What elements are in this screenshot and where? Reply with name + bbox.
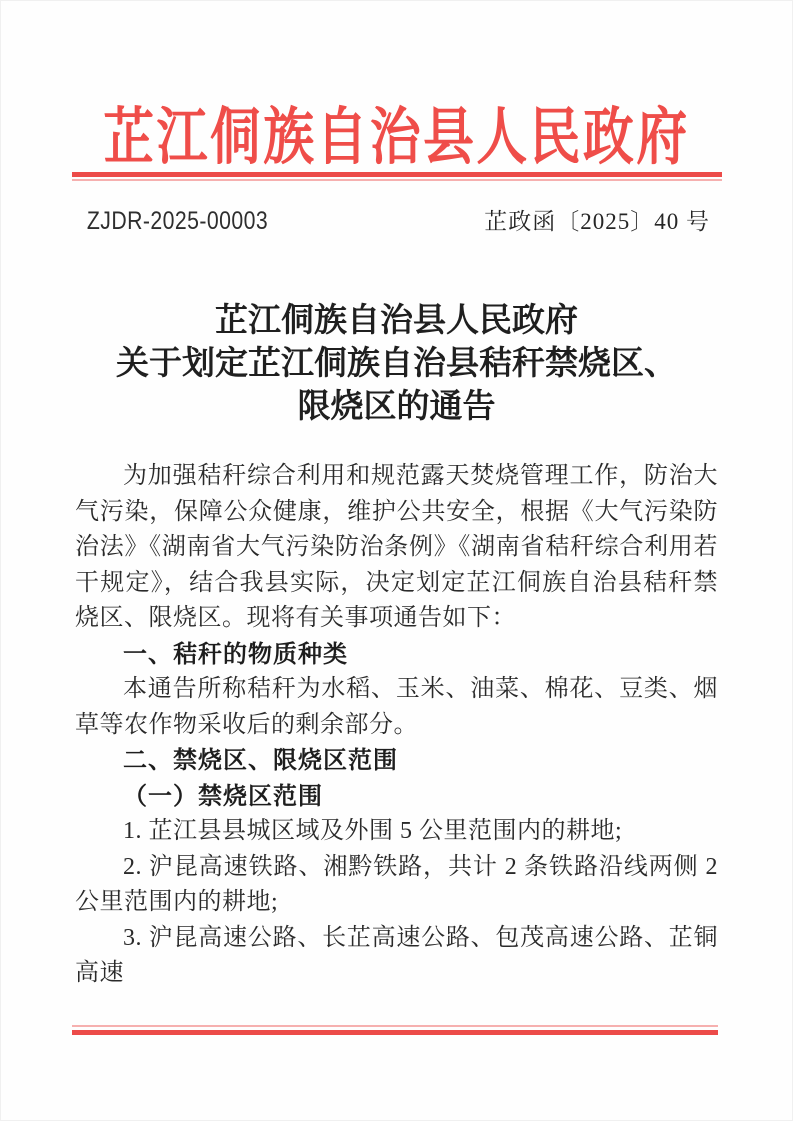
doc-index-number: ZJDR-2025-00003 xyxy=(75,207,268,236)
masthead-title: 芷江侗族自治县人民政府 xyxy=(71,87,721,176)
body-paragraph: 为加强秸秆综合利用和规范露天焚烧管理工作，防治大气污染，保障公众健康，维护公共安… xyxy=(75,459,718,637)
footer-rule-thin xyxy=(72,1025,718,1027)
document-title-line-3: 限烧区的通告 xyxy=(0,386,793,429)
section-heading: 一、秸秆的物质种类 xyxy=(75,637,718,673)
body-paragraph: 本通告所称秸秆为水稻、玉米、油菜、棉花、豆类、烟草等农作物采收后的剩余部分。 xyxy=(75,672,718,743)
document-page: 芷江侗族自治县人民政府 ZJDR-2025-00003 芷政函〔2025〕40 … xyxy=(0,0,793,1121)
document-body: 为加强秸秆综合利用和规范露天焚烧管理工作，防治大气污染，保障公众健康，维护公共安… xyxy=(75,459,718,992)
body-paragraph: 3. 沪昆高速公路、长芷高速公路、包茂高速公路、芷铜高速 xyxy=(75,921,718,992)
footer-rule-thick xyxy=(72,1030,718,1035)
doc-symbol-number: 芷政函〔2025〕40 号 xyxy=(484,203,718,236)
doc-ref-row: ZJDR-2025-00003 芷政函〔2025〕40 号 xyxy=(75,203,718,236)
section-heading: 二、禁烧区、限烧区范围 xyxy=(75,743,718,779)
body-paragraph: 1. 芷江县县城区域及外围 5 公里范围内的耕地; xyxy=(75,814,718,850)
document-title-line-1: 芷江侗族自治县人民政府 xyxy=(0,300,793,343)
section-heading: （一）禁烧区范围 xyxy=(75,779,718,815)
document-title-line-2: 关于划定芷江侗族自治县秸秆禁烧区、 xyxy=(0,343,793,386)
header-rule-thin xyxy=(72,179,722,181)
document-title: 芷江侗族自治县人民政府 关于划定芷江侗族自治县秸秆禁烧区、 限烧区的通告 xyxy=(0,300,793,429)
body-paragraph: 2. 沪昆高速铁路、湘黔铁路，共计 2 条铁路沿线两侧 2 公里范围内的耕地; xyxy=(75,850,718,921)
header-rule-thick xyxy=(72,172,722,177)
